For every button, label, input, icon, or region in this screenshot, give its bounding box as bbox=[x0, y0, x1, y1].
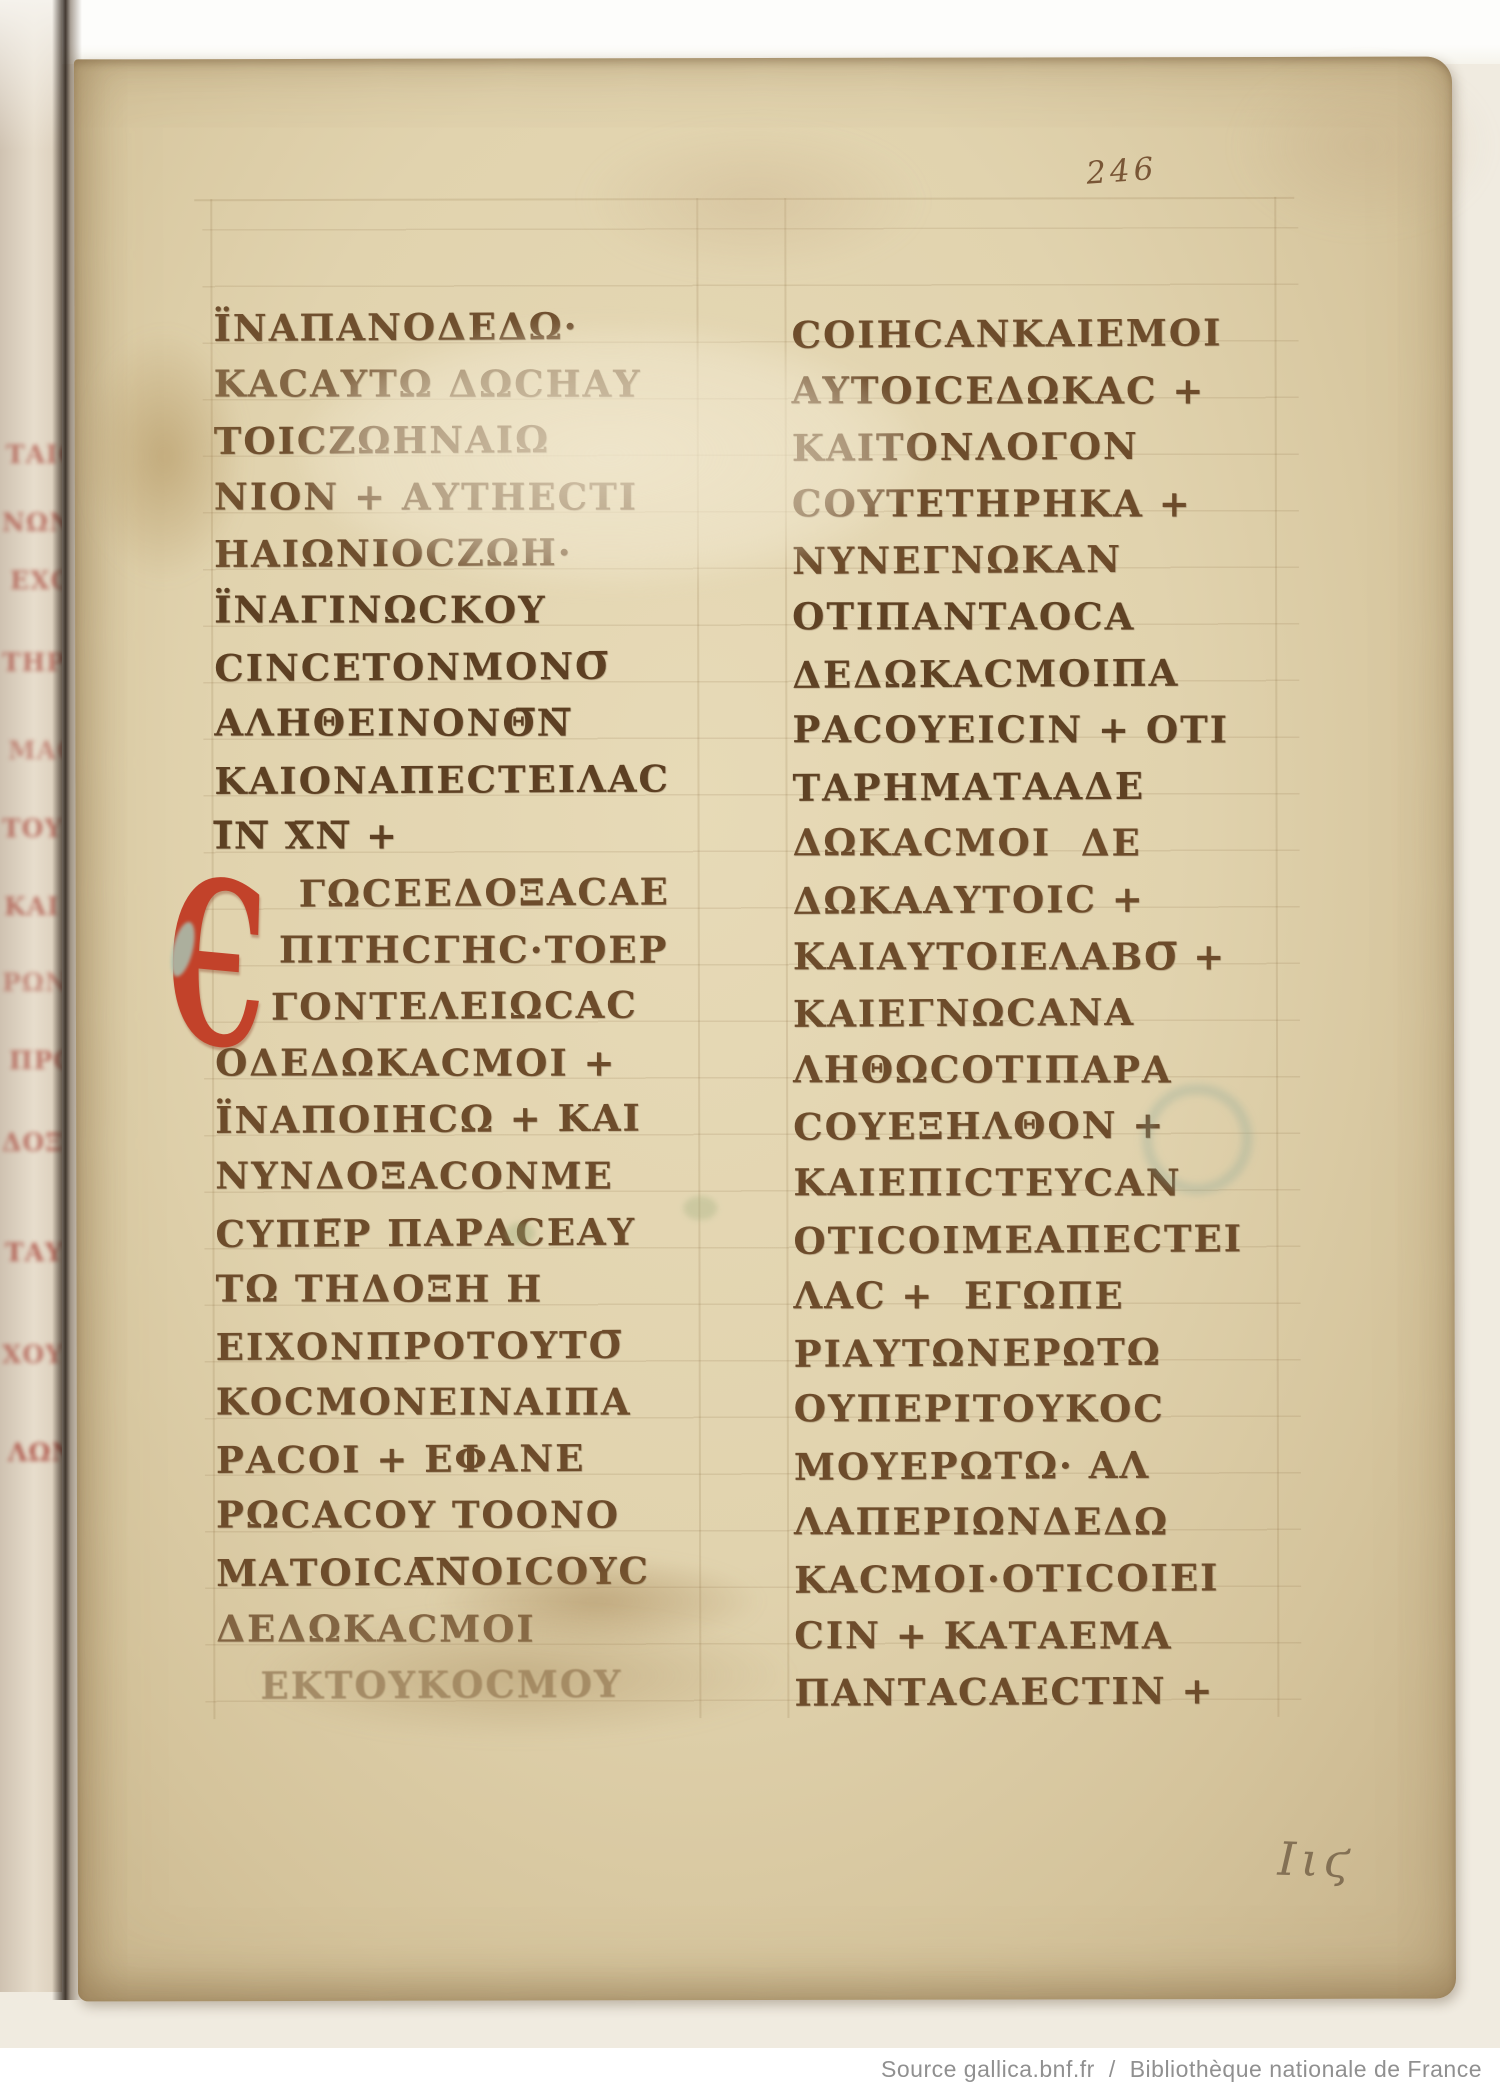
manuscript-line: ΛΗΘΩϹΟΤΙΠΑΡΑ bbox=[793, 1041, 1293, 1098]
manuscript-line: ΪΝΑΓΙΝΩϹΚΟΥ bbox=[214, 581, 734, 638]
ruling-line bbox=[194, 197, 1294, 201]
manuscript-line: ΚΑΙΟΝΑΠΕϹΤΕΙΛΑϹ bbox=[214, 750, 734, 809]
manuscript-line: ΤΟΙϹΖΩΗΝΑΙΩ bbox=[214, 410, 734, 469]
credit-separator: / bbox=[1109, 2056, 1116, 2083]
manuscript-line: ΔΕΔΩΚΑϹΜΟΙΠΑ bbox=[792, 644, 1292, 703]
manuscript-line: ΝΥΝΔΟΞΑϹΟΝΜΕ bbox=[215, 1147, 735, 1204]
manuscript-line: ΚΑΙΕΠΙϹΤΕΥϹΑΝ bbox=[793, 1154, 1293, 1211]
manuscript-line: ΟΥΠΕΡΙΤΟΥΚΟϹ bbox=[794, 1381, 1294, 1438]
manuscript-line: ΓΟΝΤΕΛΕΙΩϹΑϹ bbox=[215, 976, 735, 1035]
manuscript-line: ϹΥΠΕ̅Ρ ΠΑΡΑϹΕΑΥ bbox=[215, 1203, 735, 1262]
text-column-left: ΪΝΑΠΑΝΟΔΕΔΩ·ΚΑϹΑΥΤΩ ΔΩϹΗΑΥΤΟΙϹΖΩΗΝΑΙΩΝΙΟ… bbox=[213, 298, 736, 1714]
manuscript-line: ϹΙΝ + ΚΑΤΑΕΜΑ bbox=[794, 1607, 1294, 1664]
parchment-page: 246 Є ΪΝΑΠΑΝΟΔΕΔΩ·ΚΑϹΑΥΤΩ ΔΩϹΗΑΥΤΟΙϹΖΩΗΝ… bbox=[74, 57, 1456, 2002]
quire-signature: Ιιϛ bbox=[1277, 1832, 1356, 1888]
text-column-right: ϹΟΙΗϹΑΝΚΑΙΕΜΟΙΑΥΤΟΙϹΕΔΩΚΑϹ +ΚΑΙΤΟΝΛΟΓΟΝϹ… bbox=[791, 305, 1294, 1721]
manuscript-line: ΚΑΙΤΟΝΛΟΓΟΝ bbox=[792, 417, 1292, 476]
manuscript-line: ΗΑΙΩΝΙΟϹΖΩΗ· bbox=[214, 524, 734, 583]
manuscript-scan: ΤΑΙϹΝΩΝΕΧΟΤΗΡΜΑϹΤΟΥΚΑΙΡΩΝΠΡΟΔΟΞΤΑΥΧΟΥΛΩΝ… bbox=[0, 0, 1500, 2091]
manuscript-line: ΔΩΚΑΑΥΤΟΙϹ + bbox=[793, 870, 1293, 929]
manuscript-line: ΝΥΝΕΓΝΩΚΑΝ bbox=[792, 530, 1292, 589]
manuscript-line: ΪΝΑΠΟΙΗϹΩ + ΚΑΙ bbox=[215, 1089, 735, 1148]
manuscript-line: ΛΑϹ + ΕΓΩΠΕ bbox=[794, 1267, 1294, 1324]
gallica-credit-bar: Source gallica.bnf.fr / Bibliothèque nat… bbox=[0, 2048, 1500, 2091]
manuscript-line: ΔΕΔΩΚΑϹΜΟΙ bbox=[216, 1600, 736, 1657]
manuscript-line: ΜΟΥΕΡΩΤΩ· ΑΛ bbox=[794, 1436, 1294, 1495]
manuscript-line: ΔΩΚΑϹΜΟΙ ΔΕ bbox=[793, 815, 1293, 872]
manuscript-line: ΑΥΤΟΙϹΕΔΩΚΑϹ + bbox=[792, 362, 1292, 419]
manuscript-line: ΠΙΤΗϹΓΗϹ·ΤΟΕΡ bbox=[215, 921, 735, 978]
manuscript-line: ϹΟΙΗϹΑΝΚΑΙΕΜΟΙ bbox=[791, 304, 1291, 363]
manuscript-line: ϹΟΥΤΕΤΗΡΗΚΑ + bbox=[792, 475, 1292, 532]
manuscript-line: ΠΑΝΤΑϹΑΕϹΤΙΝ + bbox=[794, 1662, 1294, 1721]
source-credit: Source gallica.bnf.fr bbox=[881, 2056, 1095, 2083]
manuscript-line: ΡΩϹΑϹΟΥ ΤΟΟΝΟ bbox=[216, 1487, 736, 1544]
manuscript-line: ΪΝΑΠΑΝΟΔΕΔΩ· bbox=[213, 297, 733, 356]
manuscript-line: ΕΚΤΟΥΚΟϹΜΟΥ bbox=[216, 1655, 736, 1714]
manuscript-line: ΟΤΙϹΟΙΜΕΑΠΕϹΤΕΙ bbox=[793, 1210, 1293, 1269]
manuscript-line: ΤΑΡΗΜΑΤΑΑΔΕ bbox=[792, 757, 1292, 816]
manuscript-line: ϹΟΥΕΞΗΛΘΟΝ + bbox=[793, 1096, 1293, 1155]
manuscript-line: ΡΙΑΥΤΩΝΕΡΩΤΩ bbox=[794, 1323, 1294, 1382]
manuscript-line: ΚΟϹΜΟΝΕΙΝΑΙΠΑ bbox=[216, 1374, 736, 1431]
manuscript-line: ΕΙΧΟΝΠΡΟΤΟΥΤΟ̅ bbox=[216, 1316, 736, 1375]
manuscript-line: ΛΑΠΕΡΙΩΝΔΕΔΩ bbox=[794, 1494, 1294, 1551]
manuscript-line: ΓΩϹΕΕΔΟΞΑϹΑΕ bbox=[215, 863, 735, 922]
backing-sheet bbox=[58, 0, 1500, 64]
folio-number: 246 bbox=[1085, 151, 1159, 192]
manuscript-line: ΚΑΙΑΥΤΟΙΕΛΑΒΟ̅ + bbox=[793, 928, 1293, 985]
manuscript-line: ΡΑϹΟΙ + ΕΦΑΝΕ bbox=[216, 1429, 736, 1488]
manuscript-line: Ι̅Ν̅ Χ̅Ν̅ + bbox=[215, 808, 735, 865]
manuscript-line: ΜΑΤΟΙϹΑ̅Ν̅ΟΙϹΟΥϹ bbox=[216, 1542, 736, 1601]
manuscript-line: ΟΤΙΠΑΝΤΑΟϹΑ bbox=[792, 588, 1292, 645]
manuscript-line: ΑΛΗΘΕΙΝΟΝΘ̅Ν̅ bbox=[214, 695, 734, 752]
manuscript-line: ΚΑϹΑΥΤΩ ΔΩϹΗΑΥ bbox=[214, 355, 734, 412]
manuscript-line: ΝΙΟΝ + ΑΥΤΗΕϹΤΙ bbox=[214, 468, 734, 525]
manuscript-line: ΤΩ ΤΗΔΟΞΗ Η bbox=[216, 1261, 736, 1318]
institution-credit: Bibliothèque nationale de France bbox=[1130, 2056, 1482, 2083]
manuscript-line: ΚΑΙΕΓΝΩϹΑΝΑ bbox=[793, 983, 1293, 1042]
manuscript-line: ΡΑϹΟΥΕΙϹΙΝ + ΟΤΙ bbox=[792, 701, 1292, 758]
manuscript-line: ϹΙΝϹΕΤΟΝΜΟΝΟ̅ bbox=[214, 637, 734, 696]
manuscript-line: ΟΔΕΔΩΚΑϹΜΟΙ + bbox=[215, 1034, 735, 1091]
manuscript-line: ΚΑϹΜΟΙ·ΟΤΙϹΟΙΕΙ bbox=[794, 1549, 1294, 1608]
